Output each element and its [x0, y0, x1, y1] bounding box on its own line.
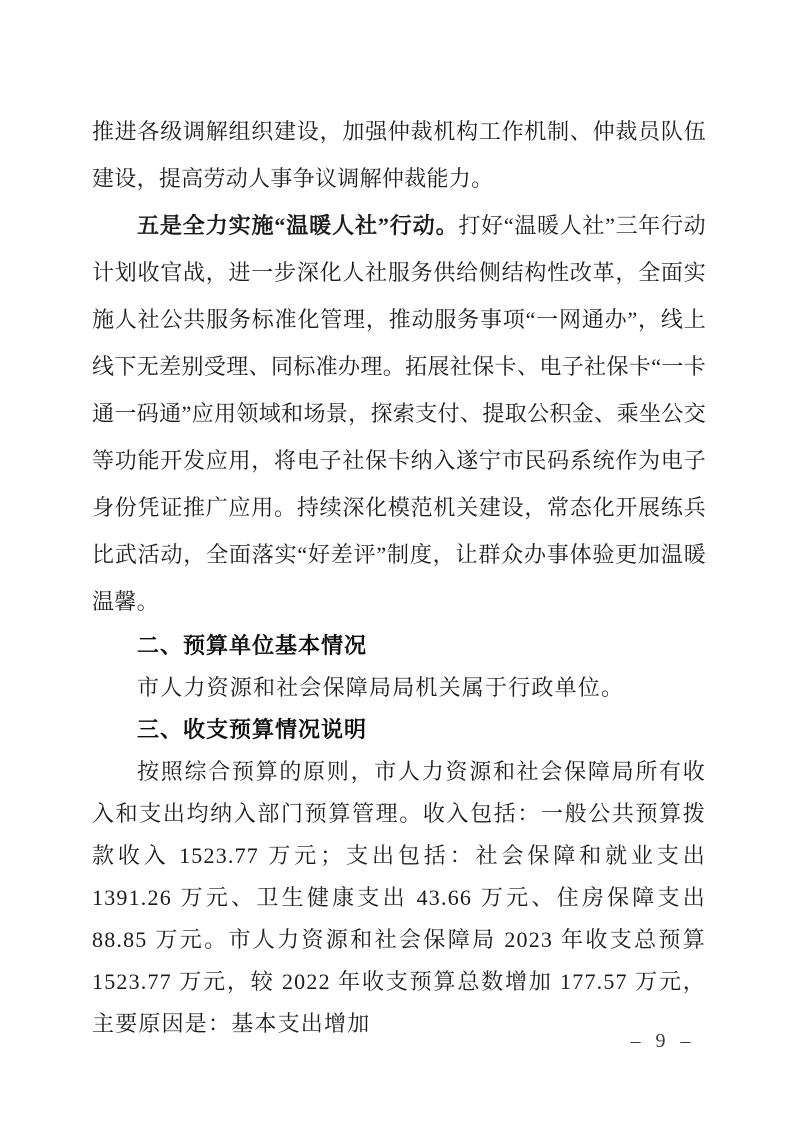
paragraph-continuation: 推进各级调解组织建设，加强仲裁机构工作机制、仲裁员队伍建设，提高劳动人事争议调解… [92, 108, 706, 202]
paragraph-budget-summary: 按照综合预算的原则，市人力资源和社会保障局所有收入和支出均纳入部门预算管理。收入… [92, 751, 706, 1045]
document-body: 推进各级调解组织建设，加强仲裁机构工作机制、仲裁员队伍建设，提高劳动人事争议调解… [92, 108, 706, 1045]
paragraph-unit-basic-info: 市人力资源和社会保障局局机关属于行政单位。 [92, 667, 706, 709]
document-page: 推进各级调解组织建设，加强仲裁机构工作机制、仲裁员队伍建设，提高劳动人事争议调解… [0, 0, 793, 1122]
page-number: – 9 – [628, 1031, 698, 1051]
paragraph-point-five-lead: 五是全力实施“温暖人社”行动。 [137, 213, 458, 238]
paragraph-point-five: 五是全力实施“温暖人社”行动。打好“温暖人社”三年行动计划收官战，进一步深化人社… [92, 202, 706, 625]
heading-section-three: 三、收支预算情况说明 [92, 709, 706, 751]
heading-section-two: 二、预算单位基本情况 [92, 625, 706, 667]
paragraph-point-five-body: 打好“温暖人社”三年行动计划收官战，进一步深化人社服务供给侧结构性改革，全面实施… [92, 213, 706, 614]
